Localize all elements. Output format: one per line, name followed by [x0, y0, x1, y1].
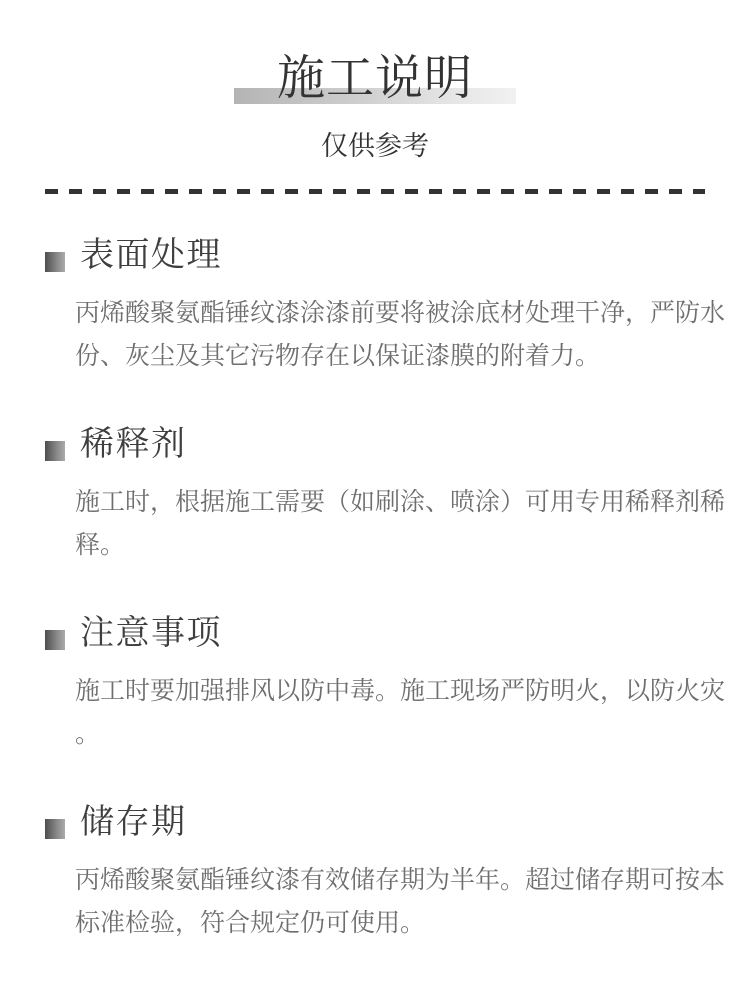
- page-title: 施工说明: [277, 50, 473, 108]
- section-precautions: 注意事项 施工时要加强排风以防中毒。施工现场严防明火，以防火灾。: [0, 611, 750, 756]
- construction-instructions-page: 施工说明 仅供参考 表面处理 丙烯酸聚氨酯锤纹漆涂漆前要将被涂底材处理干净，严防…: [0, 0, 750, 1004]
- page-header: 施工说明 仅供参考: [0, 0, 750, 165]
- section-heading: 注意事项: [45, 611, 735, 655]
- page-subtitle: 仅供参考: [0, 127, 750, 165]
- section-heading-text: 储存期: [80, 800, 187, 844]
- section-heading: 稀释剂: [45, 422, 735, 466]
- section-body-text: 施工时，根据施工需要（如刷涂、喷涂）可用专用稀释剂稀释。: [75, 481, 735, 567]
- section-body-text: 施工时要加强排风以防中毒。施工现场严防明火，以防火灾。: [75, 670, 735, 756]
- square-bullet-icon: [45, 252, 65, 272]
- square-bullet-icon: [45, 819, 65, 839]
- section-heading-text: 注意事项: [80, 611, 222, 655]
- square-bullet-icon: [45, 630, 65, 650]
- section-surface-treatment: 表面处理 丙烯酸聚氨酯锤纹漆涂漆前要将被涂底材处理干净，严防水份、灰尘及其它污物…: [0, 233, 750, 378]
- page-title-text: 施工说明: [277, 52, 473, 105]
- section-body-text: 丙烯酸聚氨酯锤纹漆涂漆前要将被涂底材处理干净，严防水份、灰尘及其它污物存在以保证…: [75, 292, 735, 378]
- section-heading-text: 表面处理: [80, 233, 222, 277]
- section-body-text: 丙烯酸聚氨酯锤纹漆有效储存期为半年。超过储存期可按本标准检验，符合规定仍可使用。: [75, 859, 735, 945]
- section-thinner: 稀释剂 施工时，根据施工需要（如刷涂、喷涂）可用专用稀释剂稀释。: [0, 422, 750, 567]
- section-storage-period: 储存期 丙烯酸聚氨酯锤纹漆有效储存期为半年。超过储存期可按本标准检验，符合规定仍…: [0, 800, 750, 945]
- section-heading: 储存期: [45, 800, 735, 844]
- dashed-divider: [45, 189, 705, 194]
- square-bullet-icon: [45, 441, 65, 461]
- section-heading-text: 稀释剂: [80, 422, 187, 466]
- section-heading: 表面处理: [45, 233, 735, 277]
